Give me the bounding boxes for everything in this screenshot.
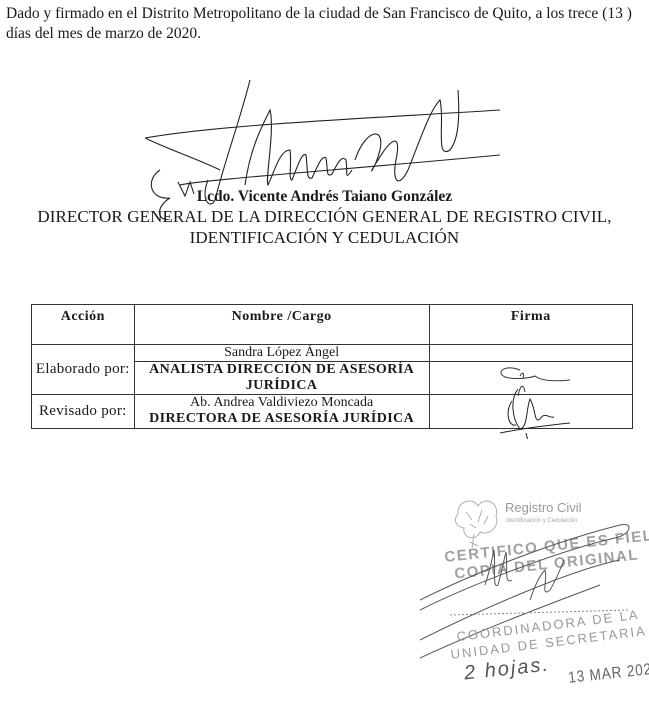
role-line2: JURÍDICA bbox=[135, 378, 429, 394]
header-action: Acción bbox=[32, 305, 135, 345]
row-signature-blank bbox=[429, 345, 632, 362]
table-row: Revisado por: Ab. Andrea Valdiviezo Monc… bbox=[32, 395, 633, 429]
table-row: Elaborado por: Sandra López Ángel bbox=[32, 345, 633, 362]
signer-title-line2: IDENTIFICACIÓN Y CEDULACIÓN bbox=[0, 227, 649, 248]
closing-paragraph: Dado y firmado en el Distrito Metropolit… bbox=[6, 4, 646, 44]
row-name-revisado: Ab. Andrea Valdiviezo Moncada bbox=[135, 395, 429, 411]
row-role-revisado: DIRECTORA DE ASESORÍA JURÍDICA bbox=[135, 411, 429, 427]
director-legal-signature bbox=[490, 389, 610, 439]
signer-name: Lcdo. Vicente Andrés Taiano González bbox=[0, 188, 649, 206]
row-action-revisado: Revisado por: bbox=[32, 395, 135, 429]
signer-title-line1: DIRECTOR GENERAL DE LA DIRECCIÓN GENERAL… bbox=[0, 206, 649, 227]
row-name-role-revisado: Ab. Andrea Valdiviezo Moncada DIRECTORA … bbox=[134, 395, 429, 429]
row-role-elaborado: ANALISTA DIRECCIÓN DE ASESORÍA JURÍDICA bbox=[134, 362, 429, 395]
header-name-role: Nombre /Cargo bbox=[134, 305, 429, 345]
table-header-row: Acción Nombre /Cargo Firma bbox=[32, 305, 633, 345]
header-signature: Firma bbox=[429, 305, 632, 345]
row-action-elaborado: Elaborado por: bbox=[32, 345, 135, 395]
row-signature-revisado bbox=[429, 395, 632, 429]
approvals-table: Acción Nombre /Cargo Firma Elaborado por… bbox=[31, 304, 633, 429]
role-line1: ANALISTA DIRECCIÓN DE ASESORÍA bbox=[135, 362, 429, 378]
signer-title: DIRECTOR GENERAL DE LA DIRECCIÓN GENERAL… bbox=[0, 206, 649, 248]
certification-stamp: Registro Civil Identificación y Cedulaci… bbox=[420, 490, 649, 705]
row-name-elaborado: Sandra López Ángel bbox=[134, 345, 429, 362]
